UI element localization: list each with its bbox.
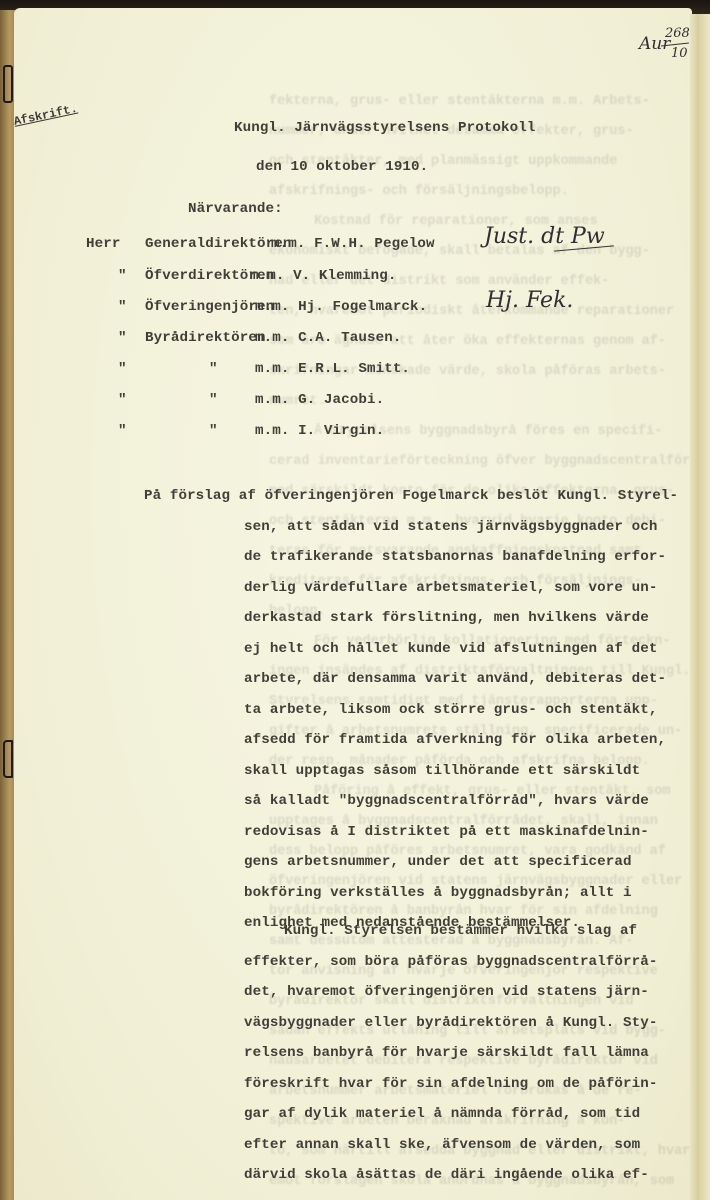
paragraph-line: relsens banbyrå för hvarje särskildt fal…	[244, 1045, 649, 1061]
attendee-prefix: "	[118, 423, 127, 439]
document-title: Kungl. Järnvägsstyrelsens Protokoll	[234, 120, 536, 136]
bleed-through-line: afskrifnings- och försäljningsbelopp.	[269, 184, 569, 199]
attendee-prefix: "	[118, 268, 127, 284]
paragraph-line: ej helt och hållet kunde vid afslutninge…	[244, 641, 657, 657]
justified-annotation: Just. dt Pw	[484, 224, 605, 249]
bleed-through-line: cerad inventarieförteckning öfver byggna…	[269, 454, 710, 469]
paragraph-line: föreskrift hvar för sin afdelning om de …	[244, 1076, 657, 1092]
paragraph-line: effekter, som böra påföras byggnadscentr…	[244, 954, 657, 970]
attendee-prefix: "	[118, 361, 127, 377]
attendee-prefix: "	[118, 392, 127, 408]
page-edge	[690, 14, 710, 1200]
attendance-heading: Närvarande:	[188, 201, 283, 217]
paragraph-line: derlig värdefullare arbetsmateriel, som …	[244, 580, 657, 596]
bleed-through-line: fekterna, grus- eller stentäkterna m.m. …	[269, 94, 650, 109]
attendee-title: "	[209, 392, 218, 408]
paragraph-line: därvid skola åsättas de däri ingående ol…	[244, 1167, 649, 1183]
archive-mark-denominator: 10	[671, 46, 688, 61]
binding-clip-icon	[3, 740, 13, 778]
attendee-title: "	[209, 361, 218, 377]
paragraph-line: bokföring verkställes å byggnadsbyrån; a…	[244, 885, 632, 901]
document-page: fekterna, grus- eller stentäkterna m.m. …	[14, 8, 692, 1200]
binding-clip-icon	[3, 65, 13, 103]
attendee-title: Generaldirektören	[145, 236, 291, 252]
paragraph-line: afsedd för framtida afverkning för olika…	[244, 732, 666, 748]
attendee-title: Byrådirektören	[145, 330, 266, 346]
paragraph-line: så kalladt "byggnadscentralförråd", hvar…	[244, 793, 649, 809]
paragraph-line: de trafikerande statsbanornas banafdelni…	[244, 549, 666, 565]
attendee-prefix: "	[118, 299, 127, 315]
paragraph-line: ta arbete, liksom ock större grus- och s…	[244, 702, 657, 718]
paragraph-line: På förslag af öfveringenjören Fogelmarck…	[144, 488, 678, 504]
paragraph-line: redovisas å I distriktet på ett maskinaf…	[244, 824, 649, 840]
document-date: den 10 oktober 1910.	[256, 159, 428, 175]
copy-stamp: Afskrift.	[13, 102, 79, 129]
attendee-name: m.m. G. Jacobi.	[255, 392, 384, 408]
paragraph-line: vägsbyggnader eller byrådirektören å Kun…	[244, 1015, 657, 1031]
attendee-name: m.m. E.R.L. Smitt.	[255, 361, 410, 377]
paragraph-line: sen, att sådan vid statens järnvägsbyggn…	[244, 519, 657, 535]
paragraph-line: efter annan skall ske, äfvensom de värde…	[244, 1137, 640, 1153]
attendee-title: "	[209, 423, 218, 439]
paragraph-line: gar af dylik materiel å nämnda förråd, s…	[244, 1106, 640, 1122]
paragraph-line: gens arbetsnummer, under det att specifi…	[244, 854, 632, 870]
attendee-name: m.m. C.A. Tausen.	[255, 330, 401, 346]
attendee-prefix: "	[118, 330, 127, 346]
attendee-name: m.m. I. Virgin.	[255, 423, 384, 439]
paragraph-line: arbete, där densamma varit använd, debit…	[244, 671, 666, 687]
attendee-name: m.m. V. Klemming.	[250, 268, 396, 284]
archive-mark-numerator: 268	[665, 26, 690, 41]
paragraph-line: Kungl. Styrelsen bestämmer hvilka slag a…	[284, 923, 637, 939]
paragraph-line: skall upptagas såsom tillhörande ett sär…	[244, 763, 640, 779]
paragraph-line: derkastad stark förslitning, men hvilken…	[244, 610, 649, 626]
initials-annotation: Hj. Fek.	[486, 288, 573, 313]
attendee-prefix: Herr	[86, 236, 120, 252]
attendee-name: m.m. Hj. Fogelmarck.	[255, 299, 427, 315]
paragraph-line: det, hvaremot öfveringenjören vid staten…	[244, 984, 649, 1000]
attendee-name: m.m. F.W.H. Pegelow	[271, 236, 435, 252]
